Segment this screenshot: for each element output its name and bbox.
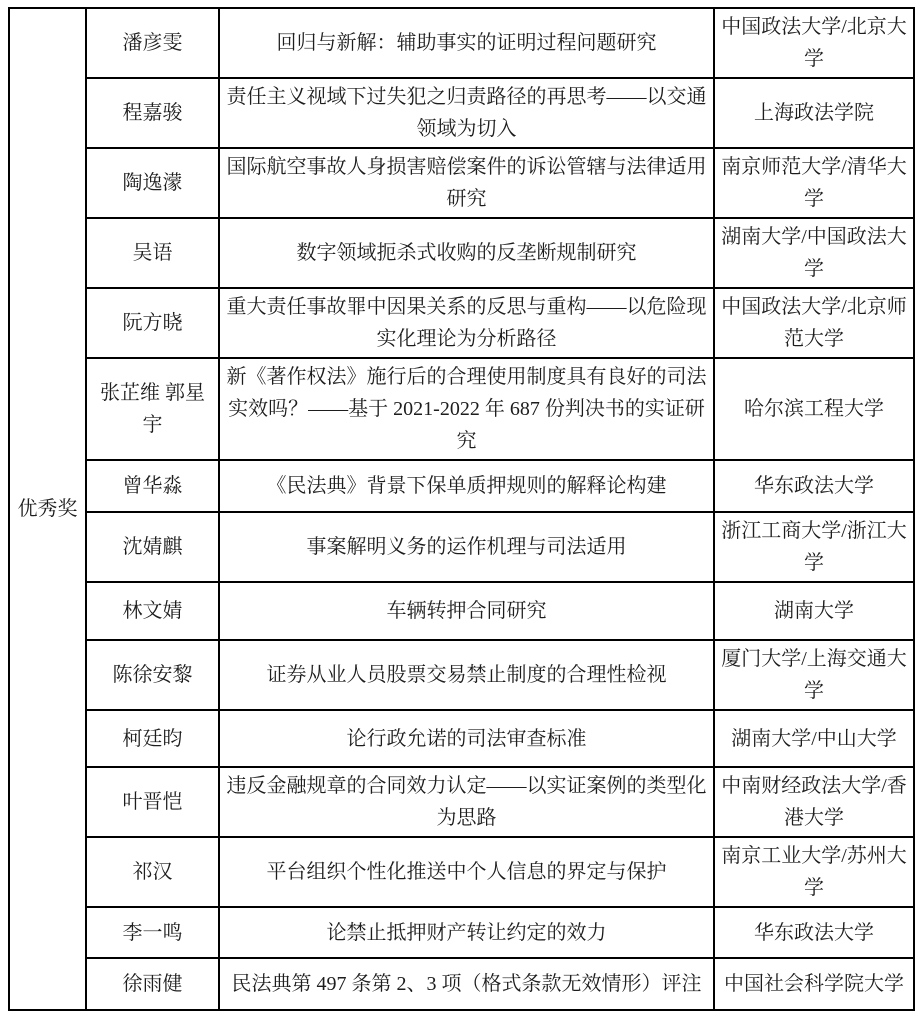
university-cell: 中国政法大学/北京师范大学 xyxy=(714,288,914,358)
paper-title-cell: 车辆转押合同研究 xyxy=(219,582,714,640)
university-cell: 中国社会科学院大学 xyxy=(714,958,914,1010)
awards-table: 优秀奖 潘彦雯 回归与新解：辅助事实的证明过程问题研究 中国政法大学/北京大学 … xyxy=(8,7,915,1011)
university-cell: 浙江工商大学/浙江大学 xyxy=(714,512,914,582)
paper-title-cell: 《民法典》背景下保单质押规则的解释论构建 xyxy=(219,460,714,512)
paper-title-cell: 违反金融规章的合同效力认定——以实证案例的类型化为思路 xyxy=(219,767,714,837)
paper-title-cell: 论禁止抵押财产转让约定的效力 xyxy=(219,907,714,958)
paper-title-cell: 平台组织个性化推送中个人信息的界定与保护 xyxy=(219,837,714,907)
paper-title-cell: 回归与新解：辅助事实的证明过程问题研究 xyxy=(219,8,714,78)
university-cell: 南京师范大学/清华大学 xyxy=(714,148,914,218)
author-name-cell: 陈徐安黎 xyxy=(86,640,219,710)
university-cell: 中国政法大学/北京大学 xyxy=(714,8,914,78)
university-cell: 华东政法大学 xyxy=(714,460,914,512)
author-name-cell: 阮方晓 xyxy=(86,288,219,358)
paper-title-cell: 民法典第 497 条第 2、3 项（格式条款无效情形）评注 xyxy=(219,958,714,1010)
award-category-cell: 优秀奖 xyxy=(9,8,86,1010)
table-row: 曾华淼 《民法典》背景下保单质押规则的解释论构建 华东政法大学 xyxy=(9,460,914,512)
table-row: 柯廷昀 论行政允诺的司法审查标准 湖南大学/中山大学 xyxy=(9,710,914,767)
paper-title-cell: 重大责任事故罪中因果关系的反思与重构——以危险现实化理论为分析路径 xyxy=(219,288,714,358)
university-cell: 湖南大学 xyxy=(714,582,914,640)
table-row: 陈徐安黎 证券从业人员股票交易禁止制度的合理性检视 厦门大学/上海交通大学 xyxy=(9,640,914,710)
document-page: 优秀奖 潘彦雯 回归与新解：辅助事实的证明过程问题研究 中国政法大学/北京大学 … xyxy=(0,0,919,969)
table-row: 徐雨健 民法典第 497 条第 2、3 项（格式条款无效情形）评注 中国社会科学… xyxy=(9,958,914,1010)
table-row: 祁汉 平台组织个性化推送中个人信息的界定与保护 南京工业大学/苏州大学 xyxy=(9,837,914,907)
table-row: 李一鸣 论禁止抵押财产转让约定的效力 华东政法大学 xyxy=(9,907,914,958)
university-cell: 湖南大学/中国政法大学 xyxy=(714,218,914,288)
author-name-cell: 林文婧 xyxy=(86,582,219,640)
author-name-cell: 吴语 xyxy=(86,218,219,288)
university-cell: 哈尔滨工程大学 xyxy=(714,358,914,460)
paper-title-cell: 事案解明义务的运作机理与司法适用 xyxy=(219,512,714,582)
table-row: 优秀奖 潘彦雯 回归与新解：辅助事实的证明过程问题研究 中国政法大学/北京大学 xyxy=(9,8,914,78)
table-row: 林文婧 车辆转押合同研究 湖南大学 xyxy=(9,582,914,640)
author-name-cell: 徐雨健 xyxy=(86,958,219,1010)
table-row: 陶逸濛 国际航空事故人身损害赔偿案件的诉讼管辖与法律适用研究 南京师范大学/清华… xyxy=(9,148,914,218)
author-name-cell: 程嘉骏 xyxy=(86,78,219,148)
table-row: 阮方晓 重大责任事故罪中因果关系的反思与重构——以危险现实化理论为分析路径 中国… xyxy=(9,288,914,358)
author-name-cell: 李一鸣 xyxy=(86,907,219,958)
university-cell: 湖南大学/中山大学 xyxy=(714,710,914,767)
table-row: 程嘉骏 责任主义视域下过失犯之归责路径的再思考——以交通领域为切入 上海政法学院 xyxy=(9,78,914,148)
author-name-cell: 曾华淼 xyxy=(86,460,219,512)
author-name-cell: 沈婧麒 xyxy=(86,512,219,582)
university-cell: 上海政法学院 xyxy=(714,78,914,148)
author-name-cell: 张芷维 郭星宇 xyxy=(86,358,219,460)
author-name-cell: 潘彦雯 xyxy=(86,8,219,78)
paper-title-cell: 新《著作权法》施行后的合理使用制度具有良好的司法实效吗？——基于 2021-20… xyxy=(219,358,714,460)
university-cell: 中南财经政法大学/香港大学 xyxy=(714,767,914,837)
paper-title-cell: 国际航空事故人身损害赔偿案件的诉讼管辖与法律适用研究 xyxy=(219,148,714,218)
university-cell: 南京工业大学/苏州大学 xyxy=(714,837,914,907)
author-name-cell: 柯廷昀 xyxy=(86,710,219,767)
author-name-cell: 叶晋恺 xyxy=(86,767,219,837)
author-name-cell: 陶逸濛 xyxy=(86,148,219,218)
table-row: 张芷维 郭星宇 新《著作权法》施行后的合理使用制度具有良好的司法实效吗？——基于… xyxy=(9,358,914,460)
table-row: 叶晋恺 违反金融规章的合同效力认定——以实证案例的类型化为思路 中南财经政法大学… xyxy=(9,767,914,837)
table-row: 沈婧麒 事案解明义务的运作机理与司法适用 浙江工商大学/浙江大学 xyxy=(9,512,914,582)
paper-title-cell: 数字领域扼杀式收购的反垄断规制研究 xyxy=(219,218,714,288)
paper-title-cell: 证券从业人员股票交易禁止制度的合理性检视 xyxy=(219,640,714,710)
university-cell: 华东政法大学 xyxy=(714,907,914,958)
paper-title-cell: 论行政允诺的司法审查标准 xyxy=(219,710,714,767)
university-cell: 厦门大学/上海交通大学 xyxy=(714,640,914,710)
table-row: 吴语 数字领域扼杀式收购的反垄断规制研究 湖南大学/中国政法大学 xyxy=(9,218,914,288)
paper-title-cell: 责任主义视域下过失犯之归责路径的再思考——以交通领域为切入 xyxy=(219,78,714,148)
author-name-cell: 祁汉 xyxy=(86,837,219,907)
